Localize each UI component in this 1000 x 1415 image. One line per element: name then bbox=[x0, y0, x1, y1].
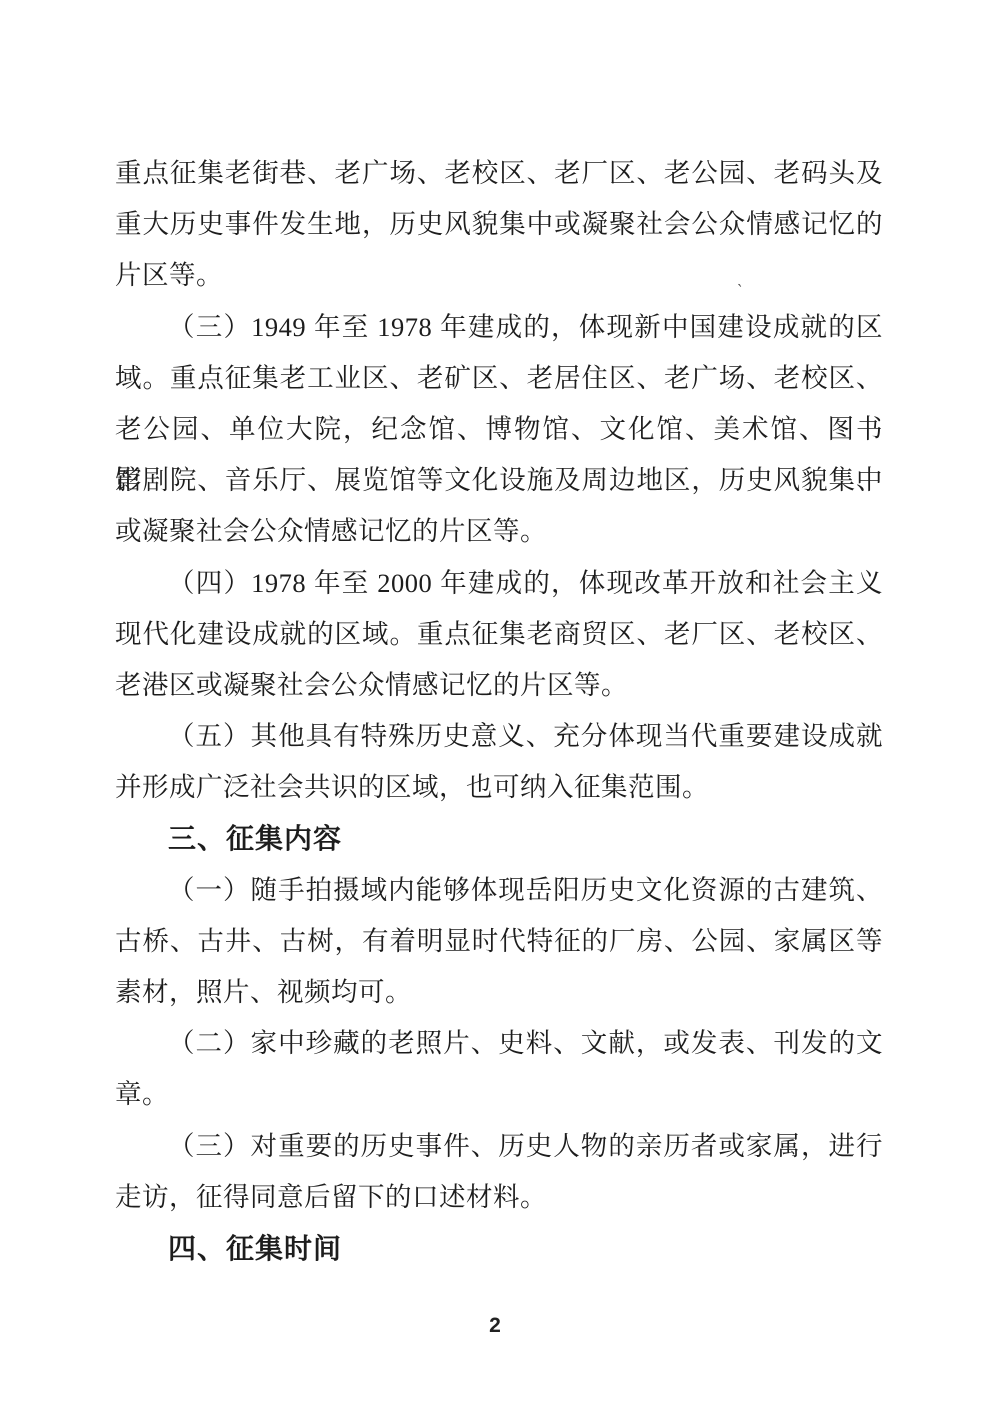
text-line: 章。 bbox=[115, 1069, 883, 1120]
text-line: 老港区或凝聚社会公众情感记忆的片区等。 bbox=[115, 660, 883, 711]
text-line: （三）1949 年至 1978 年建成的，体现新中国建设成就的区 bbox=[115, 302, 883, 353]
text-line: 并形成广泛社会共识的区域，也可纳入征集范围。 bbox=[115, 762, 883, 813]
text-line: 现代化建设成就的区域。重点征集老商贸区、老厂区、老校区、 bbox=[115, 609, 883, 660]
text-line: （四）1978 年至 2000 年建成的，体现改革开放和社会主义 bbox=[115, 558, 883, 609]
document-page: 重点征集老街巷、老广场、老校区、老厂区、老公园、老码头及 重大历史事件发生地，历… bbox=[0, 0, 1000, 1415]
text-line: 古桥、古井、古树，有着明显时代特征的厂房、公园、家属区等 bbox=[115, 916, 883, 967]
text-line: 重点征集老街巷、老广场、老校区、老厂区、老公园、老码头及 bbox=[115, 148, 883, 199]
text-line: （二）家中珍藏的老照片、史料、文献，或发表、刊发的文 bbox=[115, 1018, 883, 1069]
text-line: 走访，征得同意后留下的口述材料。 bbox=[115, 1172, 883, 1223]
page-number: 2 bbox=[0, 1314, 990, 1338]
text-line: （三）对重要的历史事件、历史人物的亲历者或家属，进行 bbox=[115, 1121, 883, 1172]
text-line: 影剧院、音乐厅、展览馆等文化设施及周边地区，历史风貌集中 bbox=[115, 455, 883, 506]
text-line: （一）随手拍摄域内能够体现岳阳历史文化资源的古建筑、 bbox=[115, 865, 883, 916]
text-line: 或凝聚社会公众情感记忆的片区等。 bbox=[115, 506, 883, 557]
text-line: 域。重点征集老工业区、老矿区、老居住区、老广场、老校区、 bbox=[115, 353, 883, 404]
document-body: 重点征集老街巷、老广场、老校区、老厂区、老公园、老码头及 重大历史事件发生地，历… bbox=[115, 148, 883, 1274]
text-line: （五）其他具有特殊历史意义、充分体现当代重要建设成就 bbox=[115, 711, 883, 762]
heading-section-3: 三、征集内容 bbox=[115, 813, 883, 864]
text-line: 片区等。 bbox=[115, 250, 883, 301]
heading-section-4: 四、征集时间 bbox=[115, 1223, 883, 1274]
text-line: 素材，照片、视频均可。 bbox=[115, 967, 883, 1018]
text-line: 老公园、单位大院，纪念馆、博物馆、文化馆、美术馆、图书馆、 bbox=[115, 404, 883, 455]
text-line: 重大历史事件发生地，历史风貌集中或凝聚社会公众情感记忆的 bbox=[115, 199, 883, 250]
